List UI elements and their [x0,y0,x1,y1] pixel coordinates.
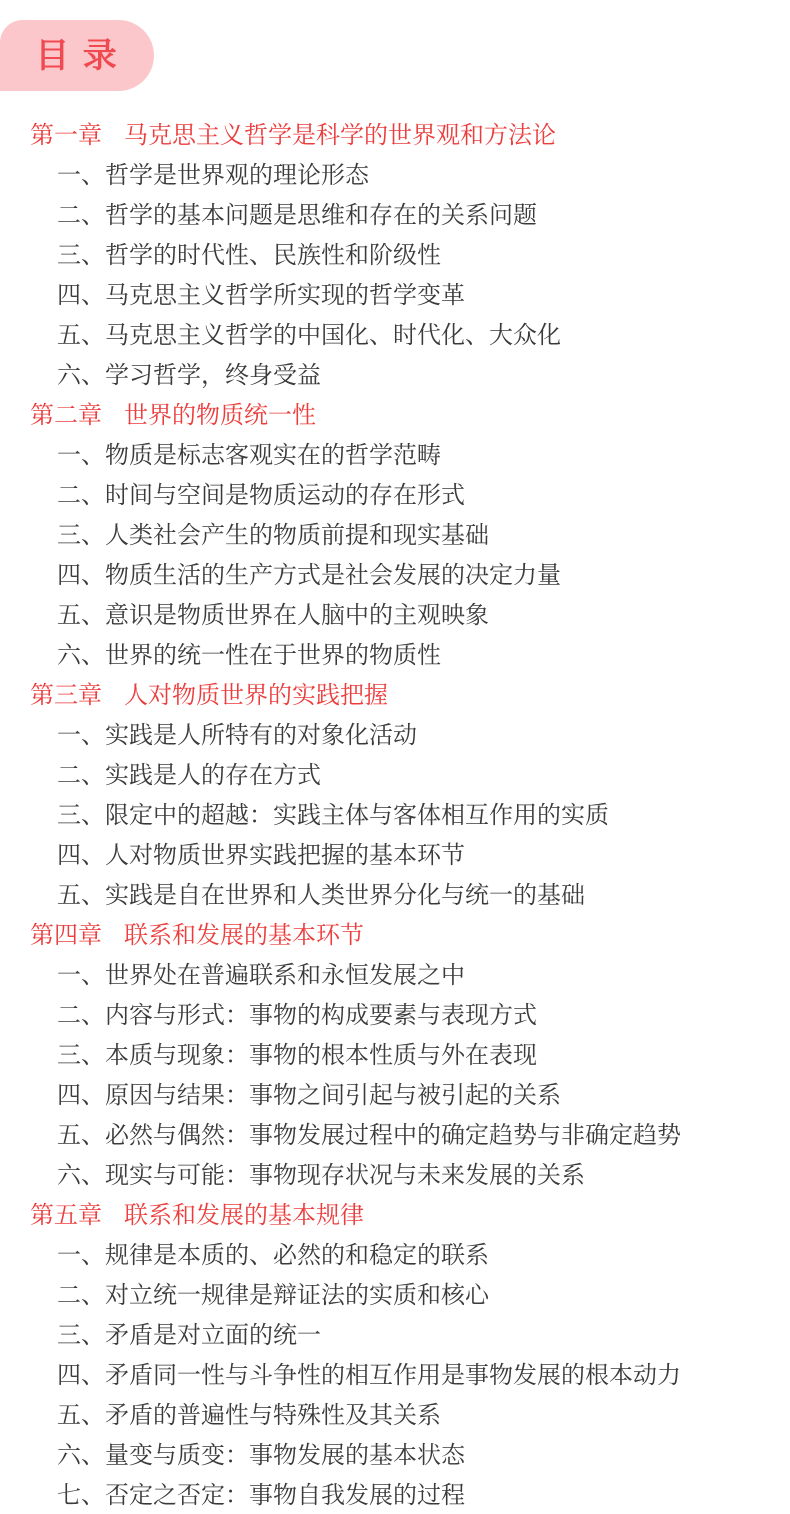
chapter-heading-3[interactable]: 第三章人对物质世界的实践把握 [0,676,790,716]
toc-item-label: 六、世界的统一性在于世界的物质性 [57,642,441,669]
toc-item-label: 五、实践是自在世界和人类世界分化与统一的基础 [57,882,585,909]
chapter-label: 第一章 [30,122,102,149]
toc-item[interactable]: 六、现实与可能：事物现存状况与未来发展的关系 [0,1156,790,1196]
chapter-title: 世界的物质统一性 [124,402,316,429]
chapter-heading-4[interactable]: 第四章联系和发展的基本环节 [0,916,790,956]
toc-item[interactable]: 二、对立统一规律是辩证法的实质和核心 [0,1276,790,1316]
toc-item[interactable]: 一、哲学是世界观的理论形态 [0,156,790,196]
toc-item-label: 一、哲学是世界观的理论形态 [57,162,369,189]
toc-item[interactable]: 三、哲学的时代性、民族性和阶级性 [0,236,790,276]
chapter-label: 第二章 [30,402,102,429]
toc-item[interactable]: 四、矛盾同一性与斗争性的相互作用是事物发展的根本动力 [0,1356,790,1396]
chapter-label: 第三章 [30,682,102,709]
toc-item-label: 四、矛盾同一性与斗争性的相互作用是事物发展的根本动力 [57,1362,681,1389]
toc-item-label: 三、哲学的时代性、民族性和阶级性 [57,242,441,269]
toc-item[interactable]: 四、原因与结果：事物之间引起与被引起的关系 [0,1076,790,1116]
chapter-title: 联系和发展的基本规律 [124,1202,364,1229]
toc-item-label: 一、规律是本质的、必然的和稳定的联系 [57,1242,489,1269]
toc-item-label: 五、矛盾的普遍性与特殊性及其关系 [57,1402,441,1429]
toc-item[interactable]: 五、意识是物质世界在人脑中的主观映象 [0,596,790,636]
chapter-title: 人对物质世界的实践把握 [124,682,388,709]
toc-item[interactable]: 二、时间与空间是物质运动的存在形式 [0,476,790,516]
chapter-title: 马克思主义哲学是科学的世界观和方法论 [124,122,556,149]
chapter-title: 联系和发展的基本环节 [124,922,364,949]
toc-item-label: 五、意识是物质世界在人脑中的主观映象 [57,602,489,629]
chapter-label: 第四章 [30,922,102,949]
toc-item-label: 二、对立统一规律是辩证法的实质和核心 [57,1282,489,1309]
toc-item-label: 一、实践是人所特有的对象化活动 [57,722,417,749]
toc-item[interactable]: 七、否定之否定：事物自我发展的过程 [0,1476,790,1514]
toc-item-label: 六、现实与可能：事物现存状况与未来发展的关系 [57,1162,585,1189]
toc-item-label: 一、物质是标志客观实在的哲学范畴 [57,442,441,469]
toc-item[interactable]: 三、人类社会产生的物质前提和现实基础 [0,516,790,556]
toc-item-label: 三、本质与现象：事物的根本性质与外在表现 [57,1042,537,1069]
toc-item-label: 二、实践是人的存在方式 [57,762,321,789]
toc-item-label: 四、人对物质世界实践把握的基本环节 [57,842,465,869]
toc-item[interactable]: 五、矛盾的普遍性与特殊性及其关系 [0,1396,790,1436]
toc-item-label: 七、否定之否定：事物自我发展的过程 [57,1482,465,1509]
chapter-heading-5[interactable]: 第五章联系和发展的基本规律 [0,1196,790,1236]
toc-item-label: 六、量变与质变：事物发展的基本状态 [57,1442,465,1469]
toc-item-label: 三、限定中的超越：实践主体与客体相互作用的实质 [57,802,609,829]
toc-item[interactable]: 六、学习哲学，终身受益 [0,356,790,396]
toc-badge-label: 目 录 [35,39,118,73]
toc-item[interactable]: 五、实践是自在世界和人类世界分化与统一的基础 [0,876,790,916]
toc-item-label: 二、时间与空间是物质运动的存在形式 [57,482,465,509]
toc-item[interactable]: 二、内容与形式：事物的构成要素与表现方式 [0,996,790,1036]
toc-badge: 目 录 [0,20,154,91]
toc-item[interactable]: 一、物质是标志客观实在的哲学范畴 [0,436,790,476]
toc-item-label: 三、人类社会产生的物质前提和现实基础 [57,522,489,549]
toc-item[interactable]: 五、马克思主义哲学的中国化、时代化、大众化 [0,316,790,356]
toc-item[interactable]: 三、限定中的超越：实践主体与客体相互作用的实质 [0,796,790,836]
toc-item-label: 四、原因与结果：事物之间引起与被引起的关系 [57,1082,561,1109]
chapter-label: 第五章 [30,1202,102,1229]
toc-item[interactable]: 二、哲学的基本问题是思维和存在的关系问题 [0,196,790,236]
toc-item[interactable]: 一、实践是人所特有的对象化活动 [0,716,790,756]
toc-item-label: 四、马克思主义哲学所实现的哲学变革 [57,282,465,309]
toc-item-label: 四、物质生活的生产方式是社会发展的决定力量 [57,562,561,589]
toc-item-label: 一、世界处在普遍联系和永恒发展之中 [57,962,465,989]
toc-item[interactable]: 六、世界的统一性在于世界的物质性 [0,636,790,676]
toc-item[interactable]: 三、矛盾是对立面的统一 [0,1316,790,1356]
toc-item[interactable]: 一、世界处在普遍联系和永恒发展之中 [0,956,790,996]
toc-item[interactable]: 六、量变与质变：事物发展的基本状态 [0,1436,790,1476]
toc-item[interactable]: 三、本质与现象：事物的根本性质与外在表现 [0,1036,790,1076]
toc-item-label: 五、马克思主义哲学的中国化、时代化、大众化 [57,322,561,349]
toc-item[interactable]: 四、人对物质世界实践把握的基本环节 [0,836,790,876]
toc-item-label: 二、内容与形式：事物的构成要素与表现方式 [57,1002,537,1029]
toc-item[interactable]: 二、实践是人的存在方式 [0,756,790,796]
toc-page: 目 录 第一章马克思主义哲学是科学的世界观和方法论 一、哲学是世界观的理论形态 … [0,0,790,1514]
toc-item-label: 五、必然与偶然：事物发展过程中的确定趋势与非确定趋势 [57,1122,681,1149]
toc-item[interactable]: 五、必然与偶然：事物发展过程中的确定趋势与非确定趋势 [0,1116,790,1156]
chapter-heading-1[interactable]: 第一章马克思主义哲学是科学的世界观和方法论 [0,116,790,156]
toc-item-label: 二、哲学的基本问题是思维和存在的关系问题 [57,202,537,229]
toc-item-label: 六、学习哲学，终身受益 [57,362,321,389]
toc-list: 第一章马克思主义哲学是科学的世界观和方法论 一、哲学是世界观的理论形态 二、哲学… [0,116,790,1514]
toc-item[interactable]: 四、马克思主义哲学所实现的哲学变革 [0,276,790,316]
chapter-heading-2[interactable]: 第二章世界的物质统一性 [0,396,790,436]
toc-item[interactable]: 一、规律是本质的、必然的和稳定的联系 [0,1236,790,1276]
toc-item-label: 三、矛盾是对立面的统一 [57,1322,321,1349]
toc-item[interactable]: 四、物质生活的生产方式是社会发展的决定力量 [0,556,790,596]
